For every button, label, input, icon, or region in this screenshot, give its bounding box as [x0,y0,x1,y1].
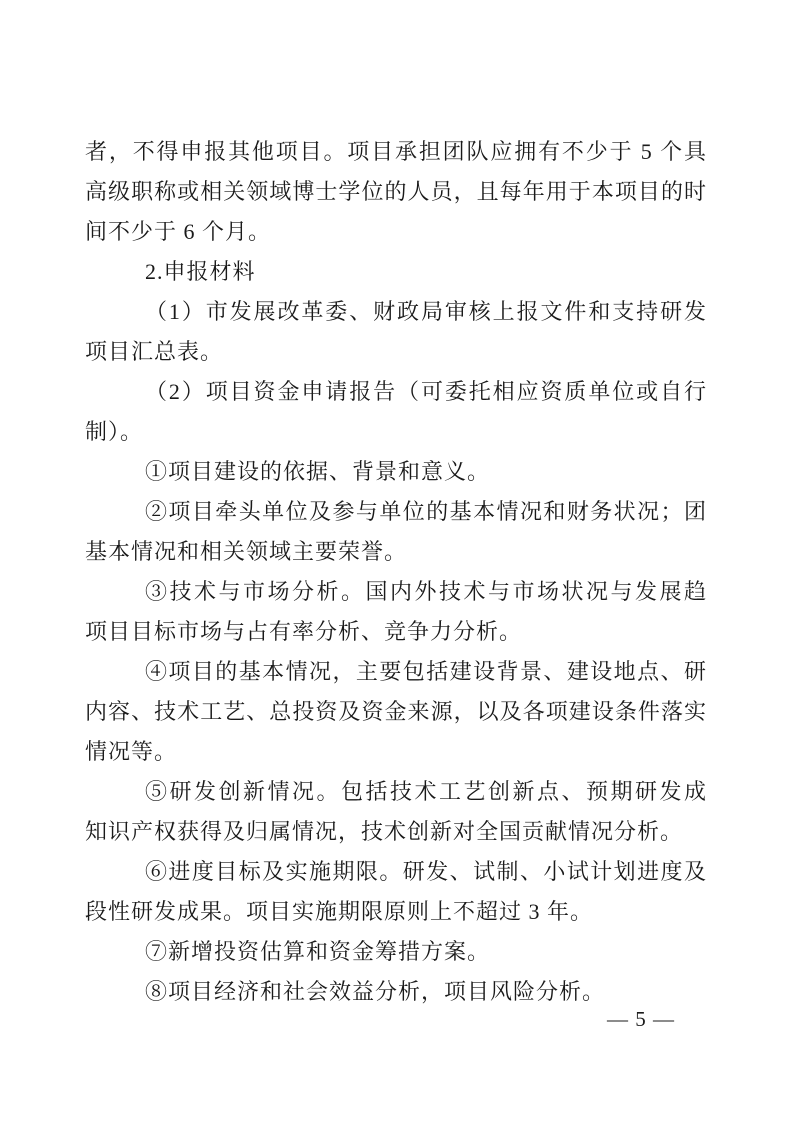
text-line: 知识产权获得及归属情况，技术创新对全国贡献情况分析。 [85,812,707,852]
text-line: ⑥进度目标及实施期限。研发、试制、小试计划进度及阶 [85,852,707,892]
text-line: （1）市发展改革委、财政局审核上报文件和支持研发创新 [85,292,707,332]
page-number: — 5 — [585,1007,697,1032]
text-line: ①项目建设的依据、背景和意义。 [85,452,707,492]
text-line: 高级职称或相关领域博士学位的人员，且每年用于本项目的时 [85,172,707,212]
text-line: ⑤研发创新情况。包括技术工艺创新点、预期研发成果， [85,772,707,812]
text-line: 2.申报材料 [85,252,707,292]
text-line: （2）项目资金申请报告（可委托相应资质单位或自行编 [85,372,707,412]
text-line: 间不少于 6 个月。 [85,212,707,252]
text-line: ④项目的基本情况，主要包括建设背景、建设地点、研发 [85,652,707,692]
text-line: ⑧项目经济和社会效益分析，项目风险分析。 [85,972,707,1012]
text-line: ⑦新增投资估算和资金筹措方案。 [85,932,707,972]
document-body: 者，不得申报其他项目。项目承担团队应拥有不少于 5 个具有高级职称或相关领域博士… [85,132,707,1012]
text-line: ②项目牵头单位及参与单位的基本情况和财务状况；团队 [85,492,707,532]
text-line: 制）。 [85,412,707,452]
text-line: 者，不得申报其他项目。项目承担团队应拥有不少于 5 个具有 [85,132,707,172]
document-page: 者，不得申报其他项目。项目承担团队应拥有不少于 5 个具有高级职称或相关领域博士… [0,0,793,1122]
text-line: 情况等。 [85,732,707,772]
text-line: 基本情况和相关领域主要荣誉。 [85,532,707,572]
text-line: 内容、技术工艺、总投资及资金来源，以及各项建设条件落实 [85,692,707,732]
text-line: 项目汇总表。 [85,332,707,372]
text-line: 项目目标市场与占有率分析、竞争力分析。 [85,612,707,652]
text-line: ③技术与市场分析。国内外技术与市场状况与发展趋势、 [85,572,707,612]
text-line: 段性研发成果。项目实施期限原则上不超过 3 年。 [85,892,707,932]
